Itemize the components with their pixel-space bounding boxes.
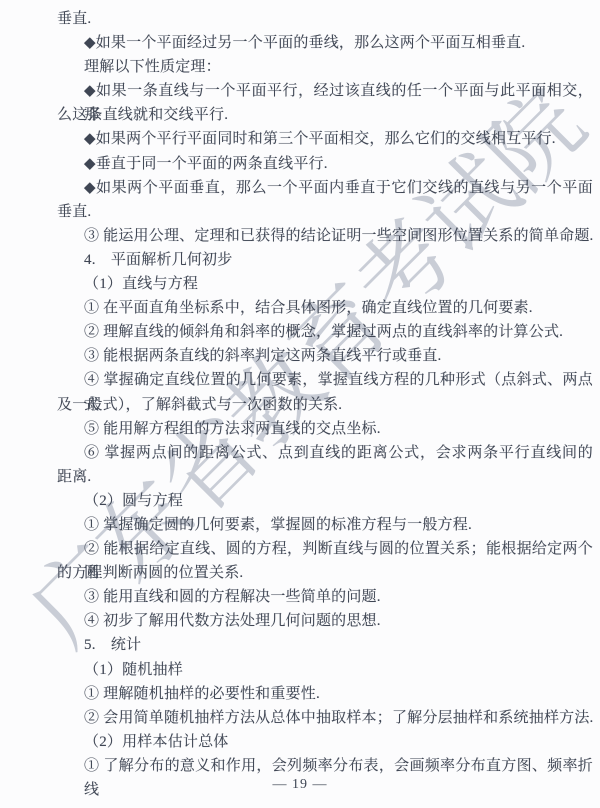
text-line: 5. 统计 [57, 633, 593, 657]
text-line: （1）直线与方程 [57, 272, 593, 296]
text-line: ① 理解随机抽样的必要性和重要性. [57, 682, 593, 706]
text-line: ③ 能用直线和圆的方程解决一些简单的问题. [57, 585, 593, 609]
text-line: ③ 能运用公理、定理和已获得的结论证明一些空间图形位置关系的简单命题. [57, 224, 593, 248]
text-line: 么这条直线就和交线平行. [57, 103, 593, 127]
text-line: 理解以下性质定理： [57, 55, 593, 79]
text-line: （2）用样本估计总体 [57, 730, 593, 754]
text-line: ③ 能根据两条直线的斜率判定这两条直线平行或垂直. [57, 344, 593, 368]
page-number: — 19 — [0, 777, 600, 793]
text-line: 的方程判断两圆的位置关系. [57, 561, 593, 585]
text-line: ⑥ 掌握两点间的距离公式、点到直线的距离公式，会求两条平行直线间的 [57, 441, 593, 465]
text-line: ◆如果一条直线与一个平面平行，经过该直线的任一个平面与此平面相交，那 [57, 79, 593, 103]
document-page: 广东省教育考试院 垂直.◆如果一个平面经过另一个平面的垂线，那么这两个平面互相垂… [0, 0, 600, 808]
text-line: 垂直. [57, 7, 593, 31]
text-line: ◆如果一个平面经过另一个平面的垂线，那么这两个平面互相垂直. [57, 31, 593, 55]
text-line: ④ 初步了解用代数方法处理几何问题的思想. [57, 609, 593, 633]
text-line: 垂直. [57, 200, 593, 224]
text-line: ⑤ 能用解方程组的方法求两直线的交点坐标. [57, 417, 593, 441]
text-line: ② 会用简单随机抽样方法从总体中抽取样本；了解分层抽样和系统抽样方法. [57, 706, 593, 730]
text-line: （2）圆与方程 [57, 489, 593, 513]
text-line: ① 在平面直角坐标系中，结合具体图形，确定直线位置的几何要素. [57, 296, 593, 320]
text-line: ① 了解分布的意义和作用，会列频率分布表，会画频率分布直方图、频率折线 [57, 754, 593, 778]
text-line: （1）随机抽样 [57, 658, 593, 682]
text-line: ① 掌握确定圆的几何要素，掌握圆的标准方程与一般方程. [57, 513, 593, 537]
text-line: ◆如果两个平面垂直，那么一个平面内垂直于它们交线的直线与另一个平面 [57, 176, 593, 200]
text-line: ④ 掌握确定直线位置的几何要素，掌握直线方程的几种形式（点斜式、两点式 [57, 368, 593, 392]
text-line: ◆垂直于同一个平面的两条直线平行. [57, 152, 593, 176]
document-body: 垂直.◆如果一个平面经过另一个平面的垂线，那么这两个平面互相垂直.理解以下性质定… [57, 7, 593, 778]
text-line: 4. 平面解析几何初步 [57, 248, 593, 272]
text-line: 及一般式），了解斜截式与一次函数的关系. [57, 393, 593, 417]
text-line: ② 理解直线的倾斜角和斜率的概念，掌握过两点的直线斜率的计算公式. [57, 320, 593, 344]
text-line: ◆如果两个平行平面同时和第三个平面相交，那么它们的交线相互平行. [57, 127, 593, 151]
text-line: ② 能根据给定直线、圆的方程，判断直线与圆的位置关系；能根据给定两个圆 [57, 537, 593, 561]
text-line: 距离. [57, 465, 593, 489]
